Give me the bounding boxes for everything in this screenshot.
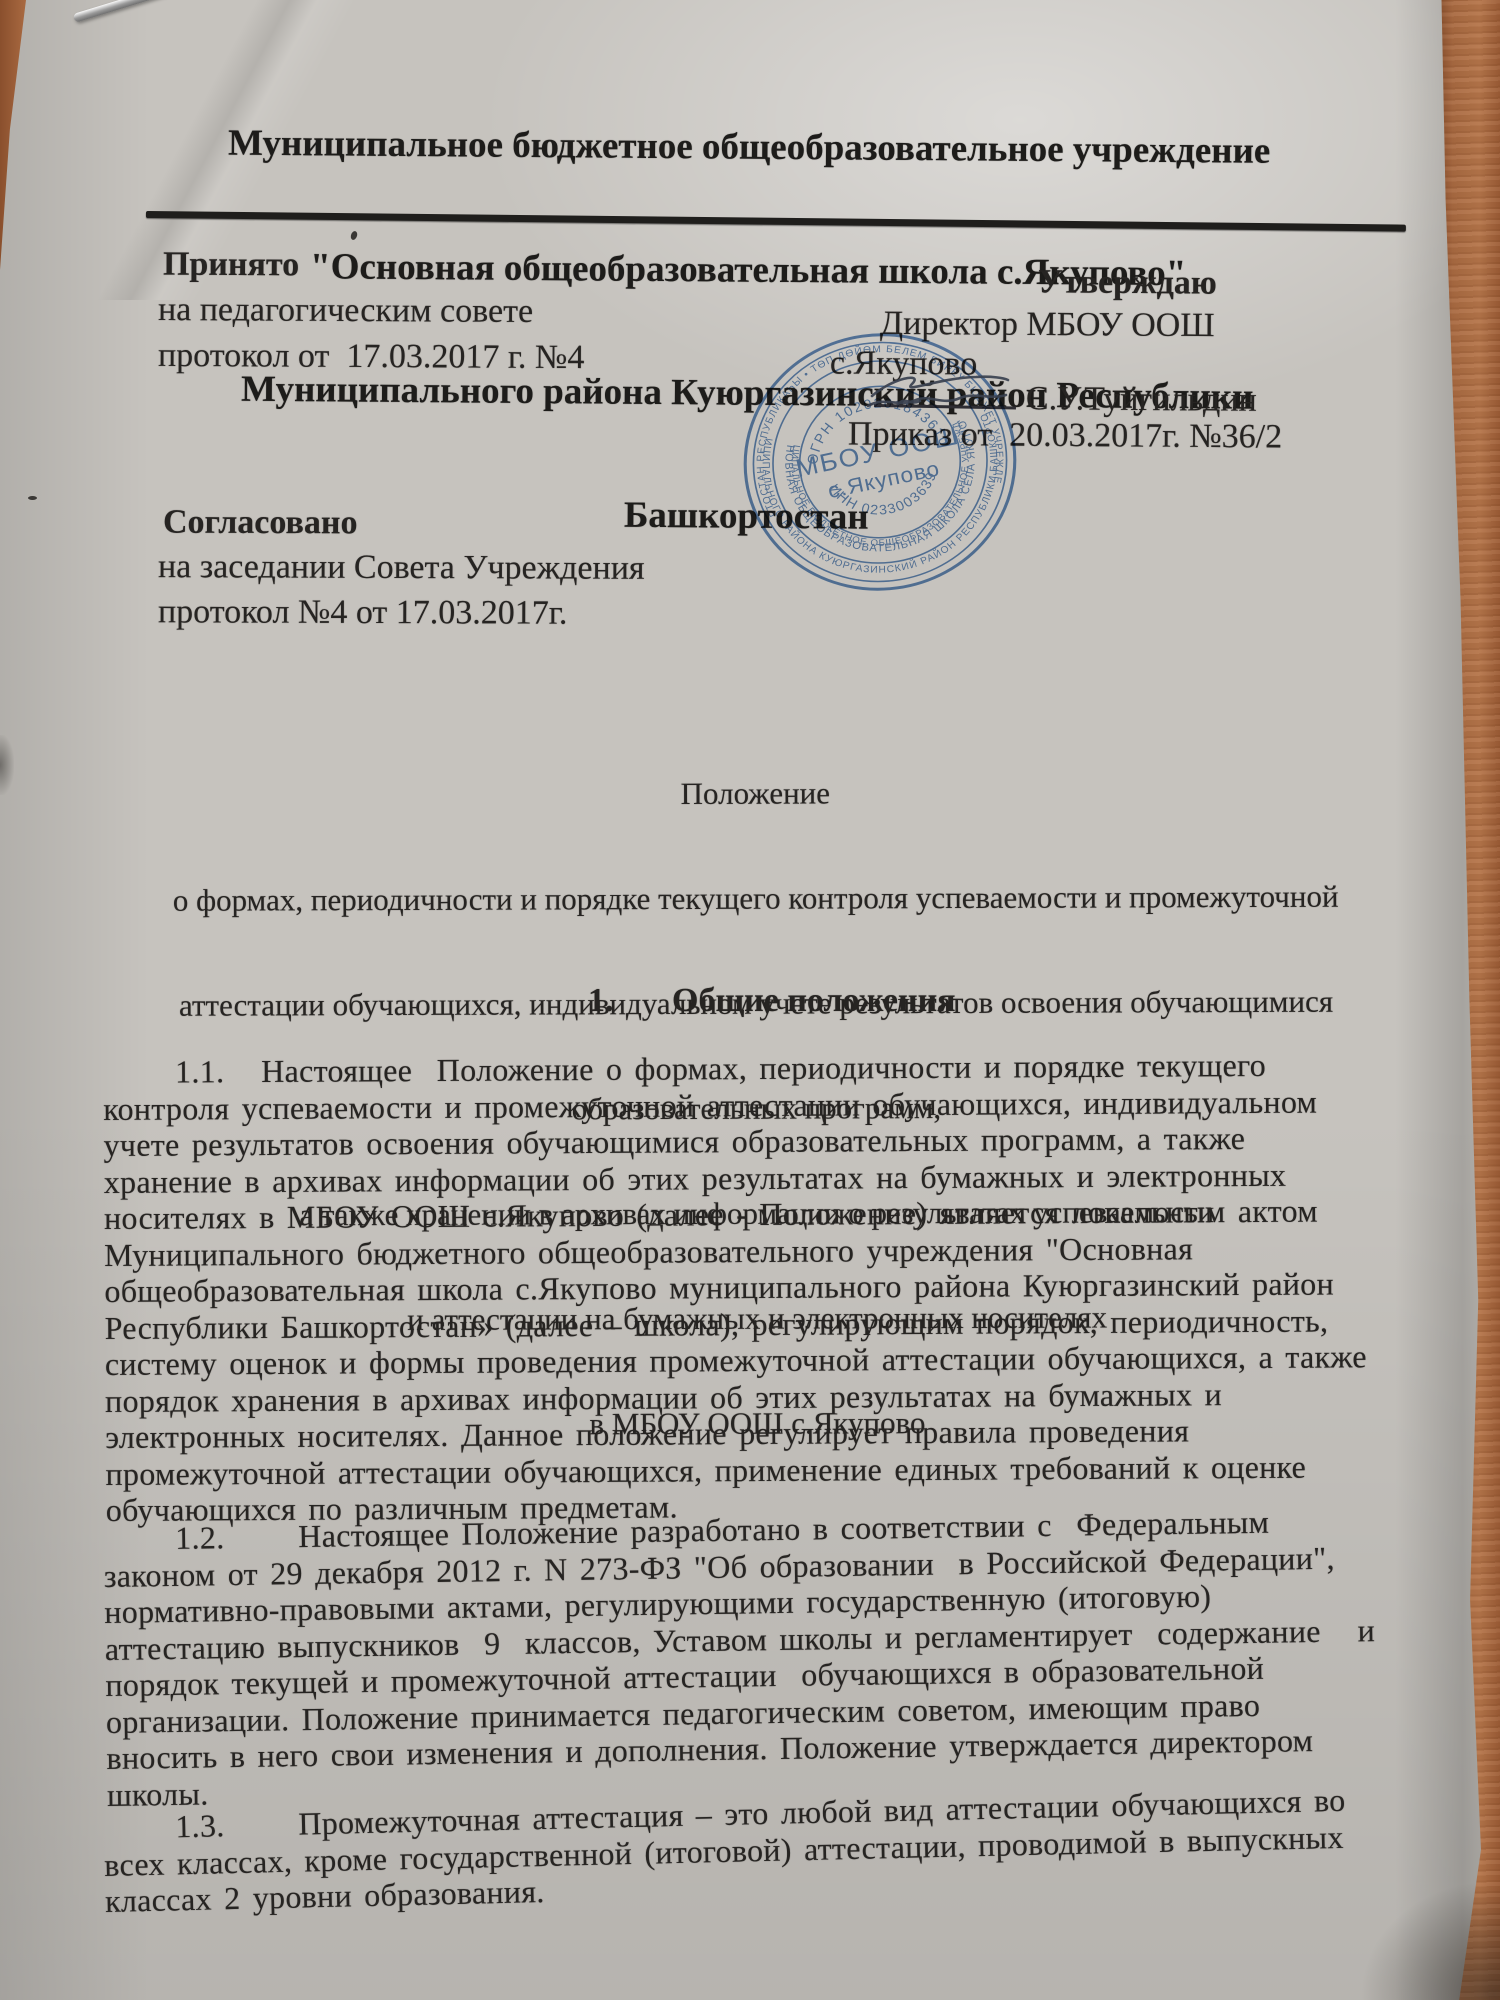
agreement-line: протокол №4 от 17.03.2017г. — [158, 593, 568, 632]
corner-shadow — [1360, 1880, 1500, 2000]
title-line: Положение — [100, 773, 1410, 813]
adoption-line: протокол от 17.03.2017 г. №4 — [158, 337, 585, 377]
director-signature — [858, 366, 1028, 418]
edge-shadow — [0, 735, 14, 795]
scanned-document-page: Муниципальное бюджетное общеобразователь… — [0, 0, 1500, 2000]
section-title: Общие положения — [672, 982, 956, 1020]
adoption-title: Принято — [163, 246, 299, 285]
title-line: о формах, периодичности и порядке текуще… — [101, 878, 1411, 918]
agreement-title: Согласовано — [163, 504, 358, 543]
adoption-line: на педагогическим совете — [158, 291, 533, 331]
table-surface-right — [1432, 0, 1500, 2000]
table-surface-top-left — [0, 0, 26, 270]
clause-1-2: 1.2. Настоящее Положение разработано в с… — [103, 1501, 1432, 1813]
staple-icon — [73, 0, 173, 23]
agreement-line: на заседании Совета Учреждения — [158, 548, 645, 588]
approval-title: Утверждаю — [1038, 263, 1217, 302]
clause-1-1: 1.1. Настоящее Положение о формах, перио… — [103, 1046, 1431, 1529]
section-number: 1. — [588, 982, 614, 1020]
approval-signer-name: С.У.Туйгильдин — [1026, 380, 1257, 420]
letterhead-line: Муниципальное бюджетное общеобразователь… — [149, 122, 1349, 172]
ink-speck — [28, 496, 37, 500]
